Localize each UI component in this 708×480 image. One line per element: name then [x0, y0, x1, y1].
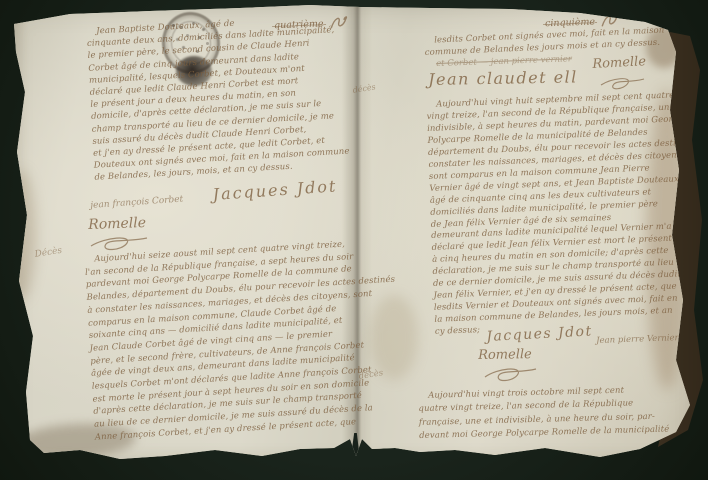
- party-signature: jean françois Corbet: [90, 195, 184, 211]
- party-signature-large: Jean claudet ell: [428, 67, 578, 89]
- witness-signature: Jacques Jdot: [212, 176, 338, 204]
- death-act-text: Aujourd'hui vingt huit septembre mil sep…: [426, 90, 706, 339]
- death-act-text: Aujourd'hui vingt trois octobre mil sept…: [418, 383, 670, 443]
- register-scan: quatrième Jean Baptiste Douteaux, âgé de…: [0, 0, 708, 480]
- officer-signature: Romelle: [592, 54, 646, 72]
- signature-paraph-icon: [598, 76, 646, 92]
- open-book-spread: quatrième Jean Baptiste Douteaux, âgé de…: [0, 0, 708, 480]
- margin-note-deces: Décès: [34, 246, 63, 260]
- officer-signature: Romelle: [88, 215, 146, 233]
- signature-paraph-icon: [482, 366, 538, 384]
- officer-signature: Romelle: [478, 347, 532, 363]
- death-act-text: Aujourd'hui seize aoust mil sept cent qu…: [84, 236, 404, 445]
- death-act-continuation-text: Jean Baptiste Douteaux, âgé decinquante …: [86, 12, 351, 185]
